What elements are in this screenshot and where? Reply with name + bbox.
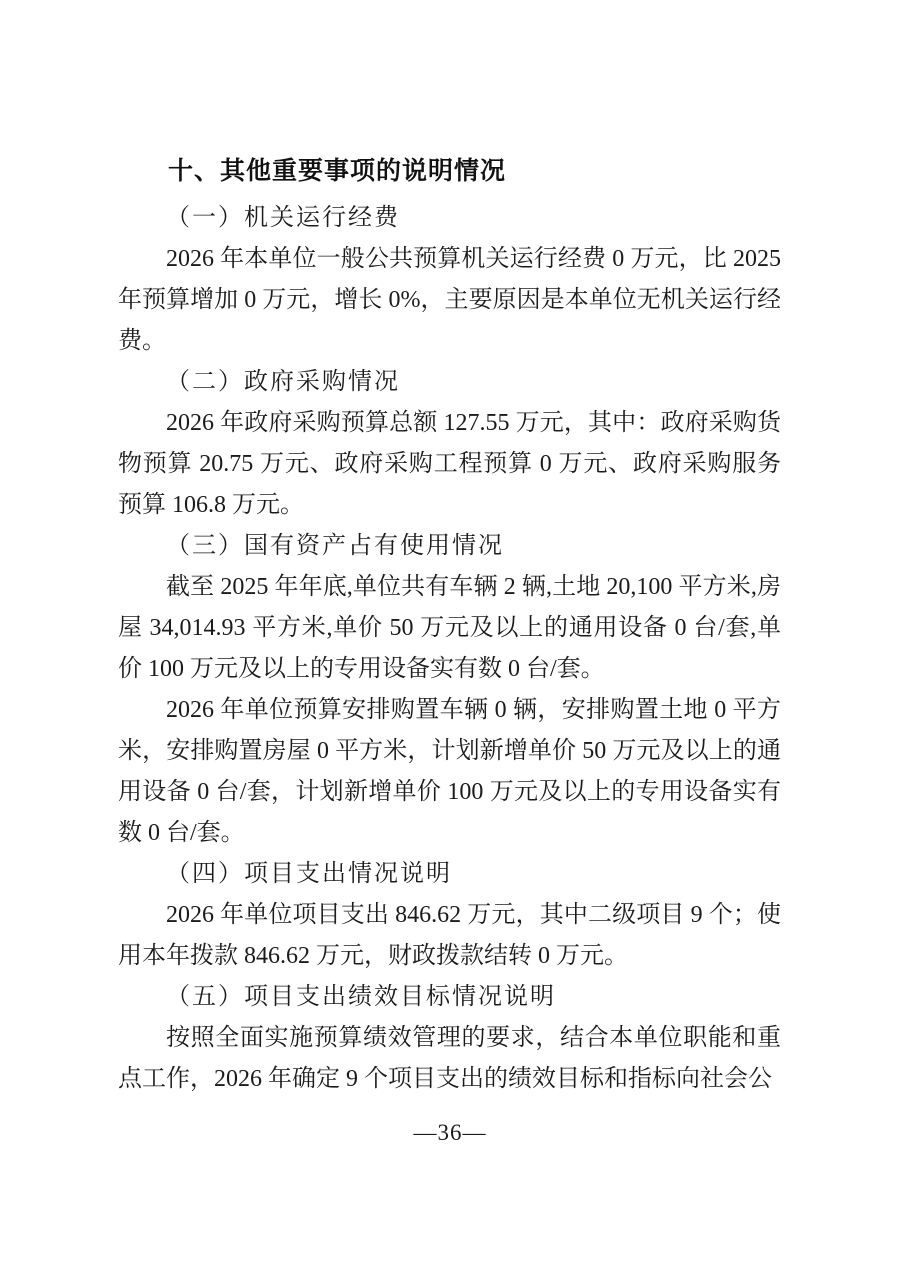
section-paragraph: 2026 年单位项目支出 846.62 万元，其中二级项目 9 个；使用本年拨款… bbox=[118, 895, 781, 977]
section-title: （一）机关运行经费 bbox=[118, 198, 781, 239]
section-paragraph: 截至 2025 年年底,单位共有车辆 2 辆,土地 20,100 平方米,房屋 … bbox=[118, 567, 781, 690]
section-project-expenditure: （四）项目支出情况说明 2026 年单位项目支出 846.62 万元，其中二级项… bbox=[118, 854, 781, 977]
section-paragraph: 2026 年政府采购预算总额 127.55 万元，其中：政府采购货物预算 20.… bbox=[118, 403, 781, 526]
section-title: （五）项目支出绩效目标情况说明 bbox=[118, 977, 781, 1018]
section-state-assets: （三）国有资产占有使用情况 截至 2025 年年底,单位共有车辆 2 辆,土地 … bbox=[118, 526, 781, 854]
section-performance-targets: （五）项目支出绩效目标情况说明 按照全面实施预算绩效管理的要求，结合本单位职能和… bbox=[118, 977, 781, 1100]
section-paragraph: 2026 年本单位一般公共预算机关运行经费 0 万元，比 2025 年预算增加 … bbox=[118, 239, 781, 362]
document-page: 十、其他重要事项的说明情况 （一）机关运行经费 2026 年本单位一般公共预算机… bbox=[0, 0, 900, 1273]
section-paragraph: 2026 年单位预算安排购置车辆 0 辆，安排购置土地 0 平方米，安排购置房屋… bbox=[118, 690, 781, 854]
document-body: 十、其他重要事项的说明情况 （一）机关运行经费 2026 年本单位一般公共预算机… bbox=[118, 150, 781, 1100]
section-title: （三）国有资产占有使用情况 bbox=[118, 526, 781, 567]
section-paragraph: 按照全面实施预算绩效管理的要求，结合本单位职能和重点工作，2026 年确定 9 … bbox=[118, 1018, 781, 1100]
section-government-procurement: （二）政府采购情况 2026 年政府采购预算总额 127.55 万元，其中：政府… bbox=[118, 362, 781, 526]
page-number: —36— bbox=[0, 1120, 900, 1146]
section-title: （四）项目支出情况说明 bbox=[118, 854, 781, 895]
section-title: （二）政府采购情况 bbox=[118, 362, 781, 403]
section-agency-operating-expense: （一）机关运行经费 2026 年本单位一般公共预算机关运行经费 0 万元，比 2… bbox=[118, 198, 781, 362]
chapter-heading: 十、其他重要事项的说明情况 bbox=[118, 150, 781, 192]
